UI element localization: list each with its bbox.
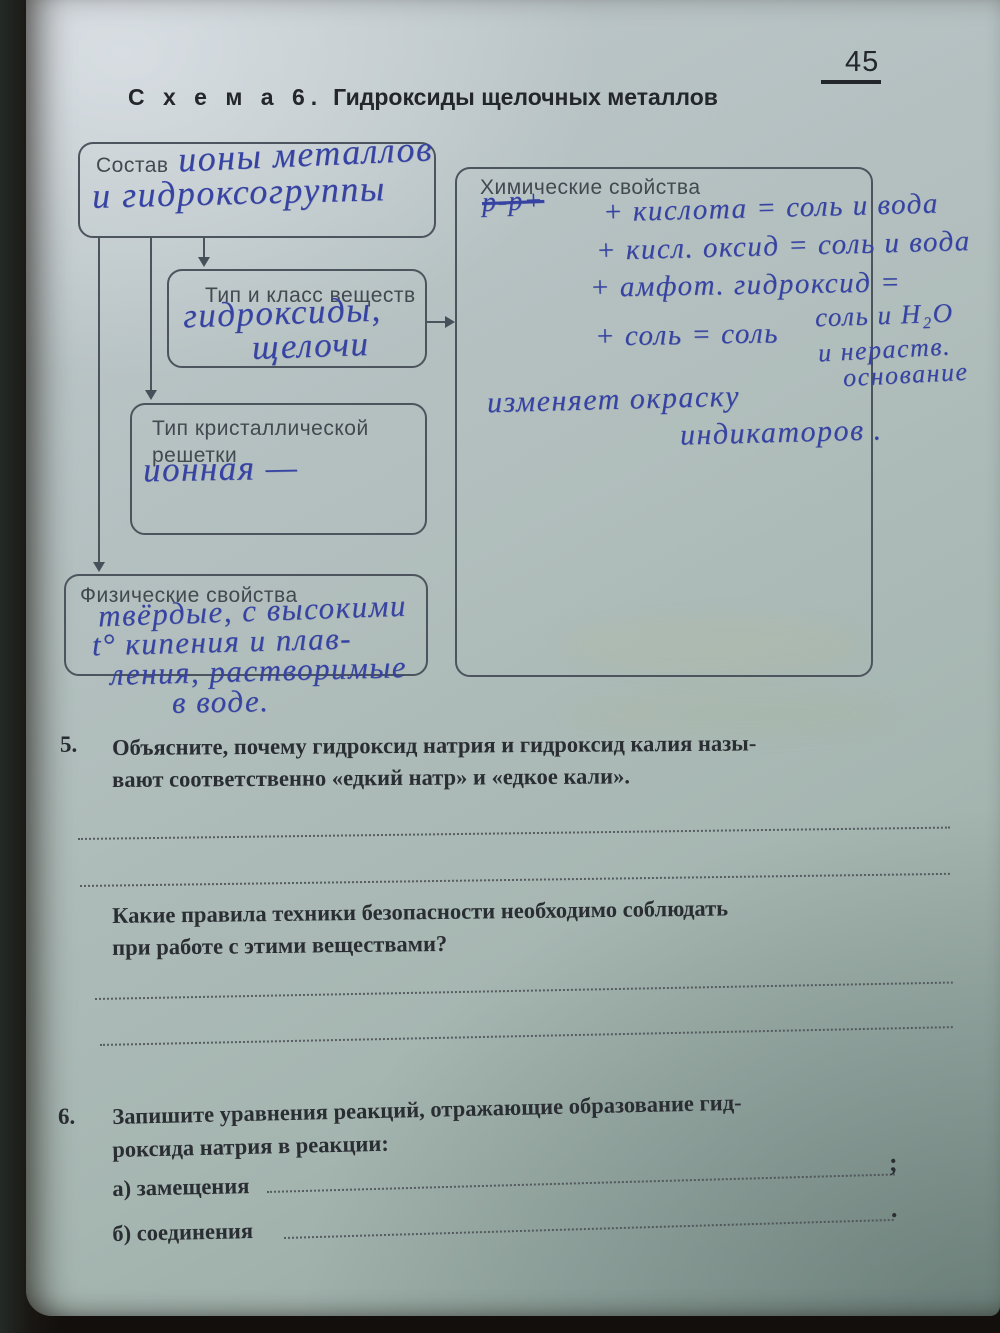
handwriting-kristall: ионная — <box>143 448 299 491</box>
handwriting-him-prop3: + амфот. гидроксид = <box>590 266 902 304</box>
kristall-label-line1: Тип кристаллической <box>152 417 369 441</box>
question-5-line2: вают соответственно «едкий натр» и «едко… <box>112 759 630 796</box>
scheme-title-text: Гидроксиды щелочных металлов <box>333 84 718 110</box>
scheme-title: С х е м а 6.Гидроксиды щелочных металлов <box>128 84 718 111</box>
page-number-underline <box>821 80 881 84</box>
scheme-label: С х е м а 6. <box>128 84 323 110</box>
handwriting-him-crossed-out: р-р+ <box>481 185 544 219</box>
handwriting-him-prop4: + соль = соль <box>595 317 779 353</box>
handwriting-him-prop3-cont: соль и H₂O <box>815 298 955 334</box>
question-6-line2: роксида натрия в реакции: <box>112 1127 389 1166</box>
arrow-line-sostav-to-fiz <box>98 236 100 564</box>
handwriting-fiz-line4: в воде. <box>172 683 270 721</box>
question-6-item-a: а) замещения <box>112 1169 250 1205</box>
handwriting-him-prop5-line2: индикаторов . <box>680 413 883 452</box>
arrow-line-sostav-to-kristall <box>150 236 152 391</box>
arrow-head-to-kristall <box>145 390 157 400</box>
arrow-head-to-him <box>445 316 455 328</box>
question-5-number: 5. <box>60 732 77 758</box>
arrow-line-sostav-to-tipklass <box>203 236 205 258</box>
arrow-head-to-fiz <box>93 562 105 572</box>
question-5-line1: Объясните, почему гидроксид натрия и гид… <box>112 727 756 764</box>
question-5-followup-line2: при работе с этими веществами? <box>112 927 447 964</box>
item-b-punctuation: . <box>891 1194 898 1224</box>
question-6-item-b: б) соединения <box>112 1214 253 1250</box>
handwriting-him-prop5-line1: изменяет окраску <box>487 380 741 421</box>
question-6-number: 6. <box>58 1104 75 1130</box>
arrow-head-to-tipklass <box>198 257 210 267</box>
handwriting-sostav-line2: и гидроксогруппы <box>92 167 387 217</box>
arrow-line-tipklass-to-him <box>426 321 447 323</box>
photo-of-workbook-page: 45 С х е м а 6.Гидроксиды щелочных метал… <box>0 0 1000 1333</box>
handwriting-tipklass-line2: щелочи <box>251 324 370 368</box>
page-number: 45 <box>845 46 879 79</box>
item-a-punctuation: ; <box>889 1148 898 1178</box>
